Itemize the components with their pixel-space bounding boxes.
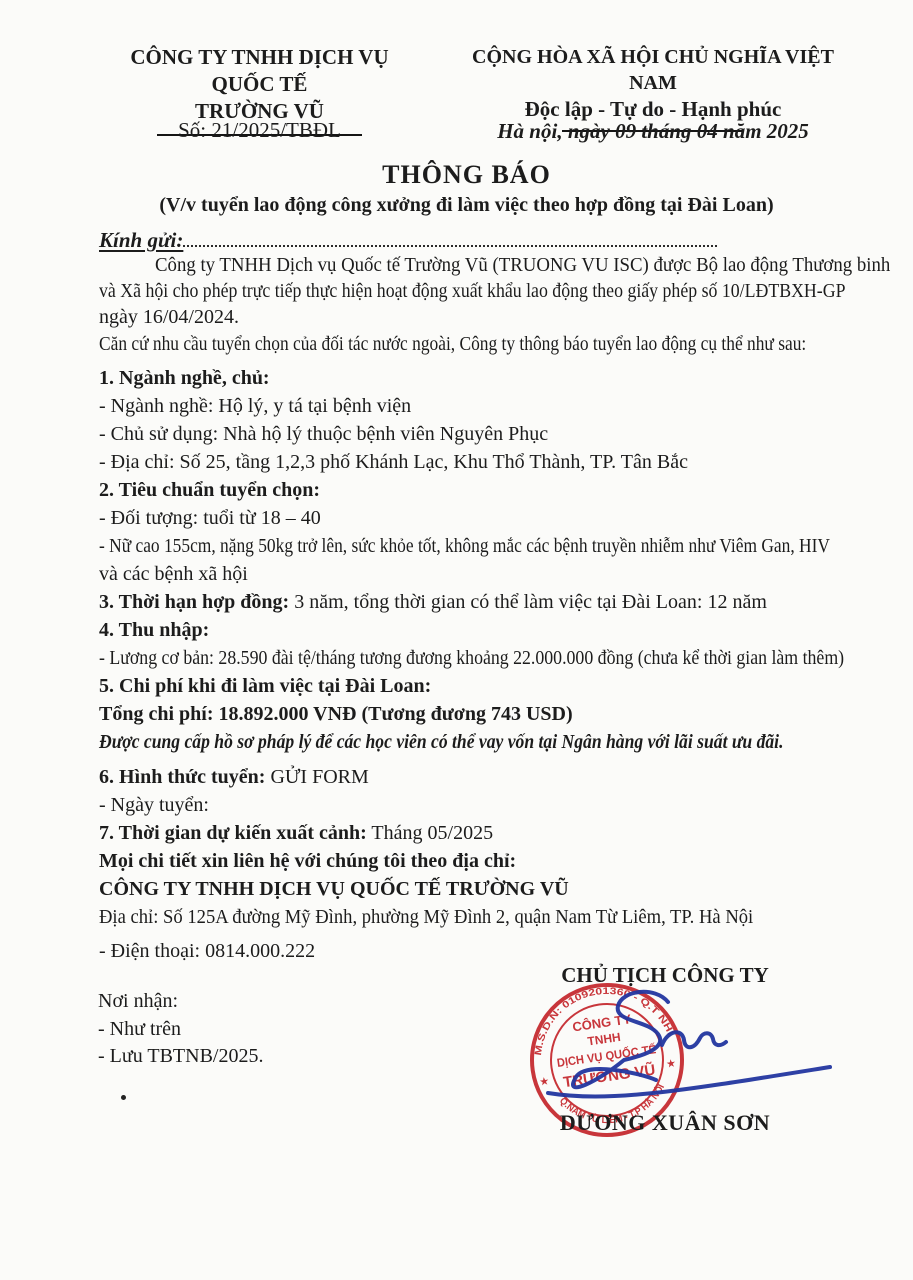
- contact-phone: - Điện thoại: 0814.000.222: [99, 937, 899, 965]
- section-6-item: - Ngày tuyển:: [99, 791, 899, 819]
- section-5-total: Tổng chi phí: 18.892.000 VNĐ (Tương đươn…: [99, 700, 899, 728]
- signature-main-stroke: [573, 992, 668, 1087]
- section-5-title: 5. Chi phí khi đi làm việc tại Đài Loan:: [99, 672, 899, 700]
- section-2-item: - Nữ cao 155cm, nặng 50kg trở lên, sức k…: [99, 532, 899, 560]
- contact-company: CÔNG TY TNHH DỊCH VỤ QUỐC TẾ TRƯỜNG VŨ: [99, 875, 899, 903]
- section-7-label: 7. Thời gian dự kiến xuất cảnh:: [99, 822, 367, 844]
- salutation-label: Kính gửi:: [99, 228, 183, 252]
- document-body: Công ty TNHH Dịch vụ Quốc tế Trường Vũ (…: [99, 252, 899, 965]
- paragraph-line: ngày 16/04/2024.: [99, 304, 899, 330]
- signature: [530, 972, 860, 1117]
- document-subtitle: (V/v tuyển lao động công xưởng đi làm vi…: [10, 194, 913, 217]
- contact-intro: Mọi chi tiết xin liên hệ với chúng tôi t…: [99, 847, 899, 875]
- place-date: Hà nội, ngày 09 tháng 04 năm 2025: [468, 119, 838, 144]
- section-2-item: và các bệnh xã hội: [99, 560, 899, 588]
- dotted-leader: [183, 229, 717, 247]
- document-title: THÔNG BÁO: [10, 160, 913, 190]
- section-3-label: 3. Thời hạn hợp đồng:: [99, 591, 289, 613]
- ink-dot-artifact: [121, 1095, 126, 1100]
- section-4-item: - Lương cơ bản: 28.590 đài tệ/tháng tươn…: [99, 644, 899, 672]
- recipients-label: Nơi nhận:: [98, 988, 263, 1016]
- document-number: Số: 21/2025/TBĐL: [112, 118, 407, 143]
- recipient-item: - Như trên: [98, 1016, 263, 1044]
- section-1-title: 1. Ngành nghề, chủ:: [99, 364, 899, 392]
- recipient-item: - Lưu TBTNB/2025.: [98, 1043, 263, 1071]
- salutation-row: Kính gửi:: [99, 227, 889, 253]
- section-4-title: 4. Thu nhập:: [99, 616, 899, 644]
- document-page: CÔNG TY TNHH DỊCH VỤ QUỐC TẾ TRƯỜNG VŨ S…: [0, 0, 913, 1280]
- signature-small-loops: [662, 1032, 726, 1047]
- national-motto-line1: CỘNG HÒA XÃ HỘI CHỦ NGHĨA VIỆT NAM: [468, 44, 838, 96]
- section-6-label: 6. Hình thức tuyển:: [99, 766, 265, 788]
- section-7-row: 7. Thời gian dự kiến xuất cảnh: Tháng 05…: [99, 819, 899, 847]
- paragraph-line: Công ty TNHH Dịch vụ Quốc tế Trường Vũ (…: [99, 252, 899, 278]
- section-2-item: - Đối tượng: tuổi từ 18 – 40: [99, 504, 899, 532]
- section-5-note: Được cung cấp hồ sơ pháp lý để các học v…: [99, 728, 899, 756]
- contact-address: Địa chỉ: Số 125A đường Mỹ Đình, phường M…: [99, 903, 899, 931]
- section-3-row: 3. Thời hạn hợp đồng: 3 năm, tổng thời g…: [99, 588, 899, 616]
- paragraph-line: và Xã hội cho phép trực tiếp thực hiện h…: [99, 278, 899, 304]
- section-1-item: - Địa chỉ: Số 25, tầng 1,2,3 phố Khánh L…: [99, 448, 899, 476]
- paragraph-line: Căn cứ nhu cầu tuyển chọn của đối tác nư…: [99, 330, 899, 358]
- section-6-row: 6. Hình thức tuyển: GỬI FORM: [99, 763, 899, 791]
- recipients-block: Nơi nhận: - Như trên - Lưu TBTNB/2025.: [98, 988, 263, 1071]
- section-1-item: - Chủ sử dụng: Nhà hộ lý thuộc bệnh viên…: [99, 420, 899, 448]
- section-2-title: 2. Tiêu chuẩn tuyển chọn:: [99, 476, 899, 504]
- issuer-name-line1: CÔNG TY TNHH DỊCH VỤ QUỐC TẾ: [112, 44, 407, 98]
- section-1-item: - Ngành nghề: Hộ lý, y tá tại bệnh viện: [99, 392, 899, 420]
